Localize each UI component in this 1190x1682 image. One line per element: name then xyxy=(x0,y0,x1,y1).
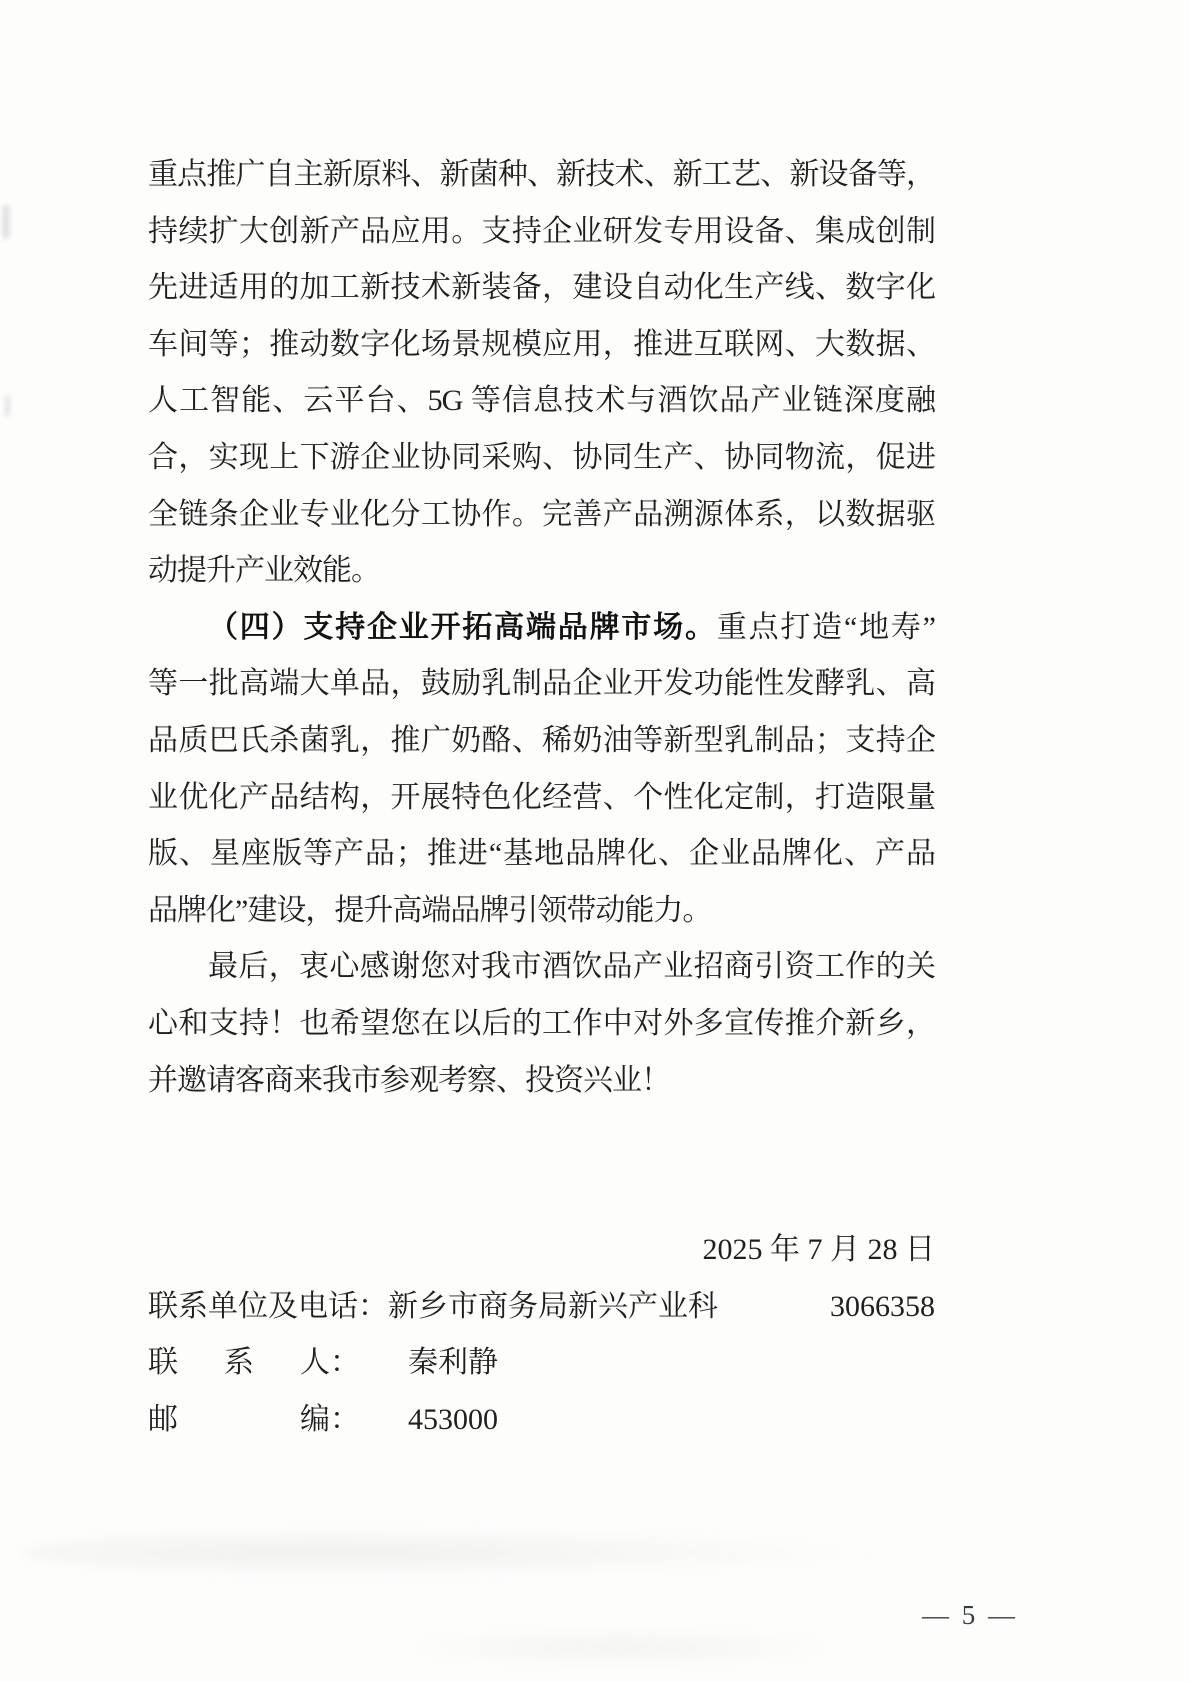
contact-row-person: 联系人： 秦利静 xyxy=(148,1335,935,1392)
contact-org-value: 新乡市商务局新兴产业科 xyxy=(388,1279,718,1336)
contact-label-postcode: 邮编： xyxy=(148,1392,360,1449)
body-line: 等一批高端大单品，鼓励乳制品企业开发功能性发酵乳、高 xyxy=(148,656,935,713)
body-line: 人工智能、云平台、5G 等信息技术与酒饮品产业链深度融 xyxy=(148,373,935,430)
contact-row-unit-phone: 联系单位及电话：新乡市商务局新兴产业科 3066358 xyxy=(148,1279,935,1336)
body-line: 重点推广自主新原料、新菌种、新技术、新工艺、新设备等， xyxy=(148,147,935,204)
closing-para-line: 最后，衷心感谢您对我市酒饮品产业招商引资工作的关 xyxy=(148,939,935,996)
body-line: 全链条企业专业化分工协作。完善产品溯源体系，以数据驱 xyxy=(148,487,935,544)
scanned-letter-page: 重点推广自主新原料、新菌种、新技术、新工艺、新设备等， 持续扩大创新产品应用。支… xyxy=(0,0,1190,1682)
scan-artifact xyxy=(380,1625,860,1670)
contact-phone-value: 3066358 xyxy=(830,1279,935,1336)
section-4-lead: 重点打造“地寿” xyxy=(717,611,935,644)
scan-artifact xyxy=(2,205,10,239)
label-char: 邮 xyxy=(148,1392,178,1449)
contact-person-value: 秦利静 xyxy=(408,1335,498,1392)
contact-label-person: 联系人： xyxy=(148,1335,360,1392)
page-number: — 5 — xyxy=(922,1600,1018,1631)
body-line: 品质巴氏杀菌乳，推广奶酪、稀奶油等新型乳制品；支持企 xyxy=(148,713,935,770)
scan-artifact xyxy=(4,395,11,417)
section-4-first-line: （四）支持企业开拓高端品牌市场。重点打造“地寿” xyxy=(148,600,935,657)
body-text: 重点推广自主新原料、新菌种、新技术、新工艺、新设备等， 持续扩大创新产品应用。支… xyxy=(148,147,935,1449)
label-char: 系 xyxy=(224,1335,254,1392)
closing-para-line: 心和支持！也希望您在以后的工作中对外多宣传推介新乡， xyxy=(148,996,935,1053)
body-line: 业优化产品结构，开展特色化经营、个性化定制，打造限量 xyxy=(148,770,935,827)
contact-postcode-value: 453000 xyxy=(408,1392,498,1449)
closing-para-line: 并邀请客商来我市参观考察、投资兴业！ xyxy=(148,1053,935,1110)
body-line: 品牌化”建设，提升高端品牌引领带动能力。 xyxy=(148,883,935,940)
label-char: 联 xyxy=(148,1335,178,1392)
label-char: 编： xyxy=(300,1392,360,1449)
date-line: 2025 年 7 月 28 日 xyxy=(148,1222,935,1279)
body-line: 动提升产业效能。 xyxy=(148,543,935,600)
body-line: 车间等；推动数字化场景规模应用，推进互联网、大数据、 xyxy=(148,317,935,374)
label-char: 人： xyxy=(300,1335,360,1392)
body-line: 合，实现上下游企业协同采购、协同生产、协同物流，促进 xyxy=(148,430,935,487)
body-line: 持续扩大创新产品应用。支持企业研发专用设备、集成创制 xyxy=(148,204,935,261)
contact-label-unit-phone: 联系单位及电话： xyxy=(148,1279,388,1336)
scan-artifact xyxy=(20,1525,900,1580)
body-line: 版、星座版等产品；推进“基地品牌化、企业品牌化、产品 xyxy=(148,826,935,883)
section-4-heading: （四）支持企业开拓高端品牌市场。 xyxy=(208,611,717,644)
body-line: 先进适用的加工新技术新装备，建设自动化生产线、数字化 xyxy=(148,260,935,317)
contact-row-postcode: 邮编： 453000 xyxy=(148,1392,935,1449)
